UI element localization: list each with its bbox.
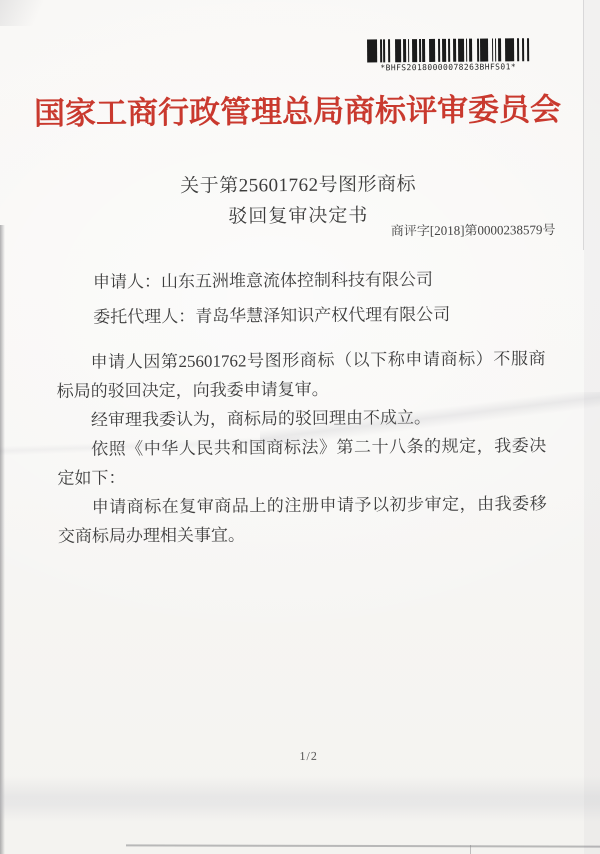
subject-line-1: 关于第25601762号图形商标	[0, 168, 598, 200]
scan-crease	[260, 392, 600, 444]
applicant-line: 申请人：山东五洲堆意流体控制科技有限公司	[93, 265, 433, 293]
barcode: *BHFS20180000078263BHFS01*	[353, 38, 543, 72]
scan-shadow-band-bottom	[0, 776, 600, 822]
issuer-title: 国家工商行政管理总局商标评审委员会	[0, 84, 598, 134]
paper-bottom-corner-edge	[470, 845, 471, 854]
agent-line: 委托代理人：青岛华慧泽知识产权代理有限公司	[93, 300, 450, 328]
case-number: 商评字[2018]第0000238579号	[391, 219, 556, 239]
barcode-bars-icon	[353, 38, 543, 62]
page-number: 1/2	[3, 747, 600, 767]
barcode-text: *BHFS20180000078263BHFS01*	[353, 62, 543, 72]
scan-edge-shadow-left	[0, 225, 5, 854]
scan-edge-tint-right	[584, 0, 600, 854]
paragraph: 申请商标在复审商品上的注册申请予以初步审定，由我委移交商标局办理相关事宜。	[58, 489, 547, 551]
scan-crease	[0, 430, 300, 460]
